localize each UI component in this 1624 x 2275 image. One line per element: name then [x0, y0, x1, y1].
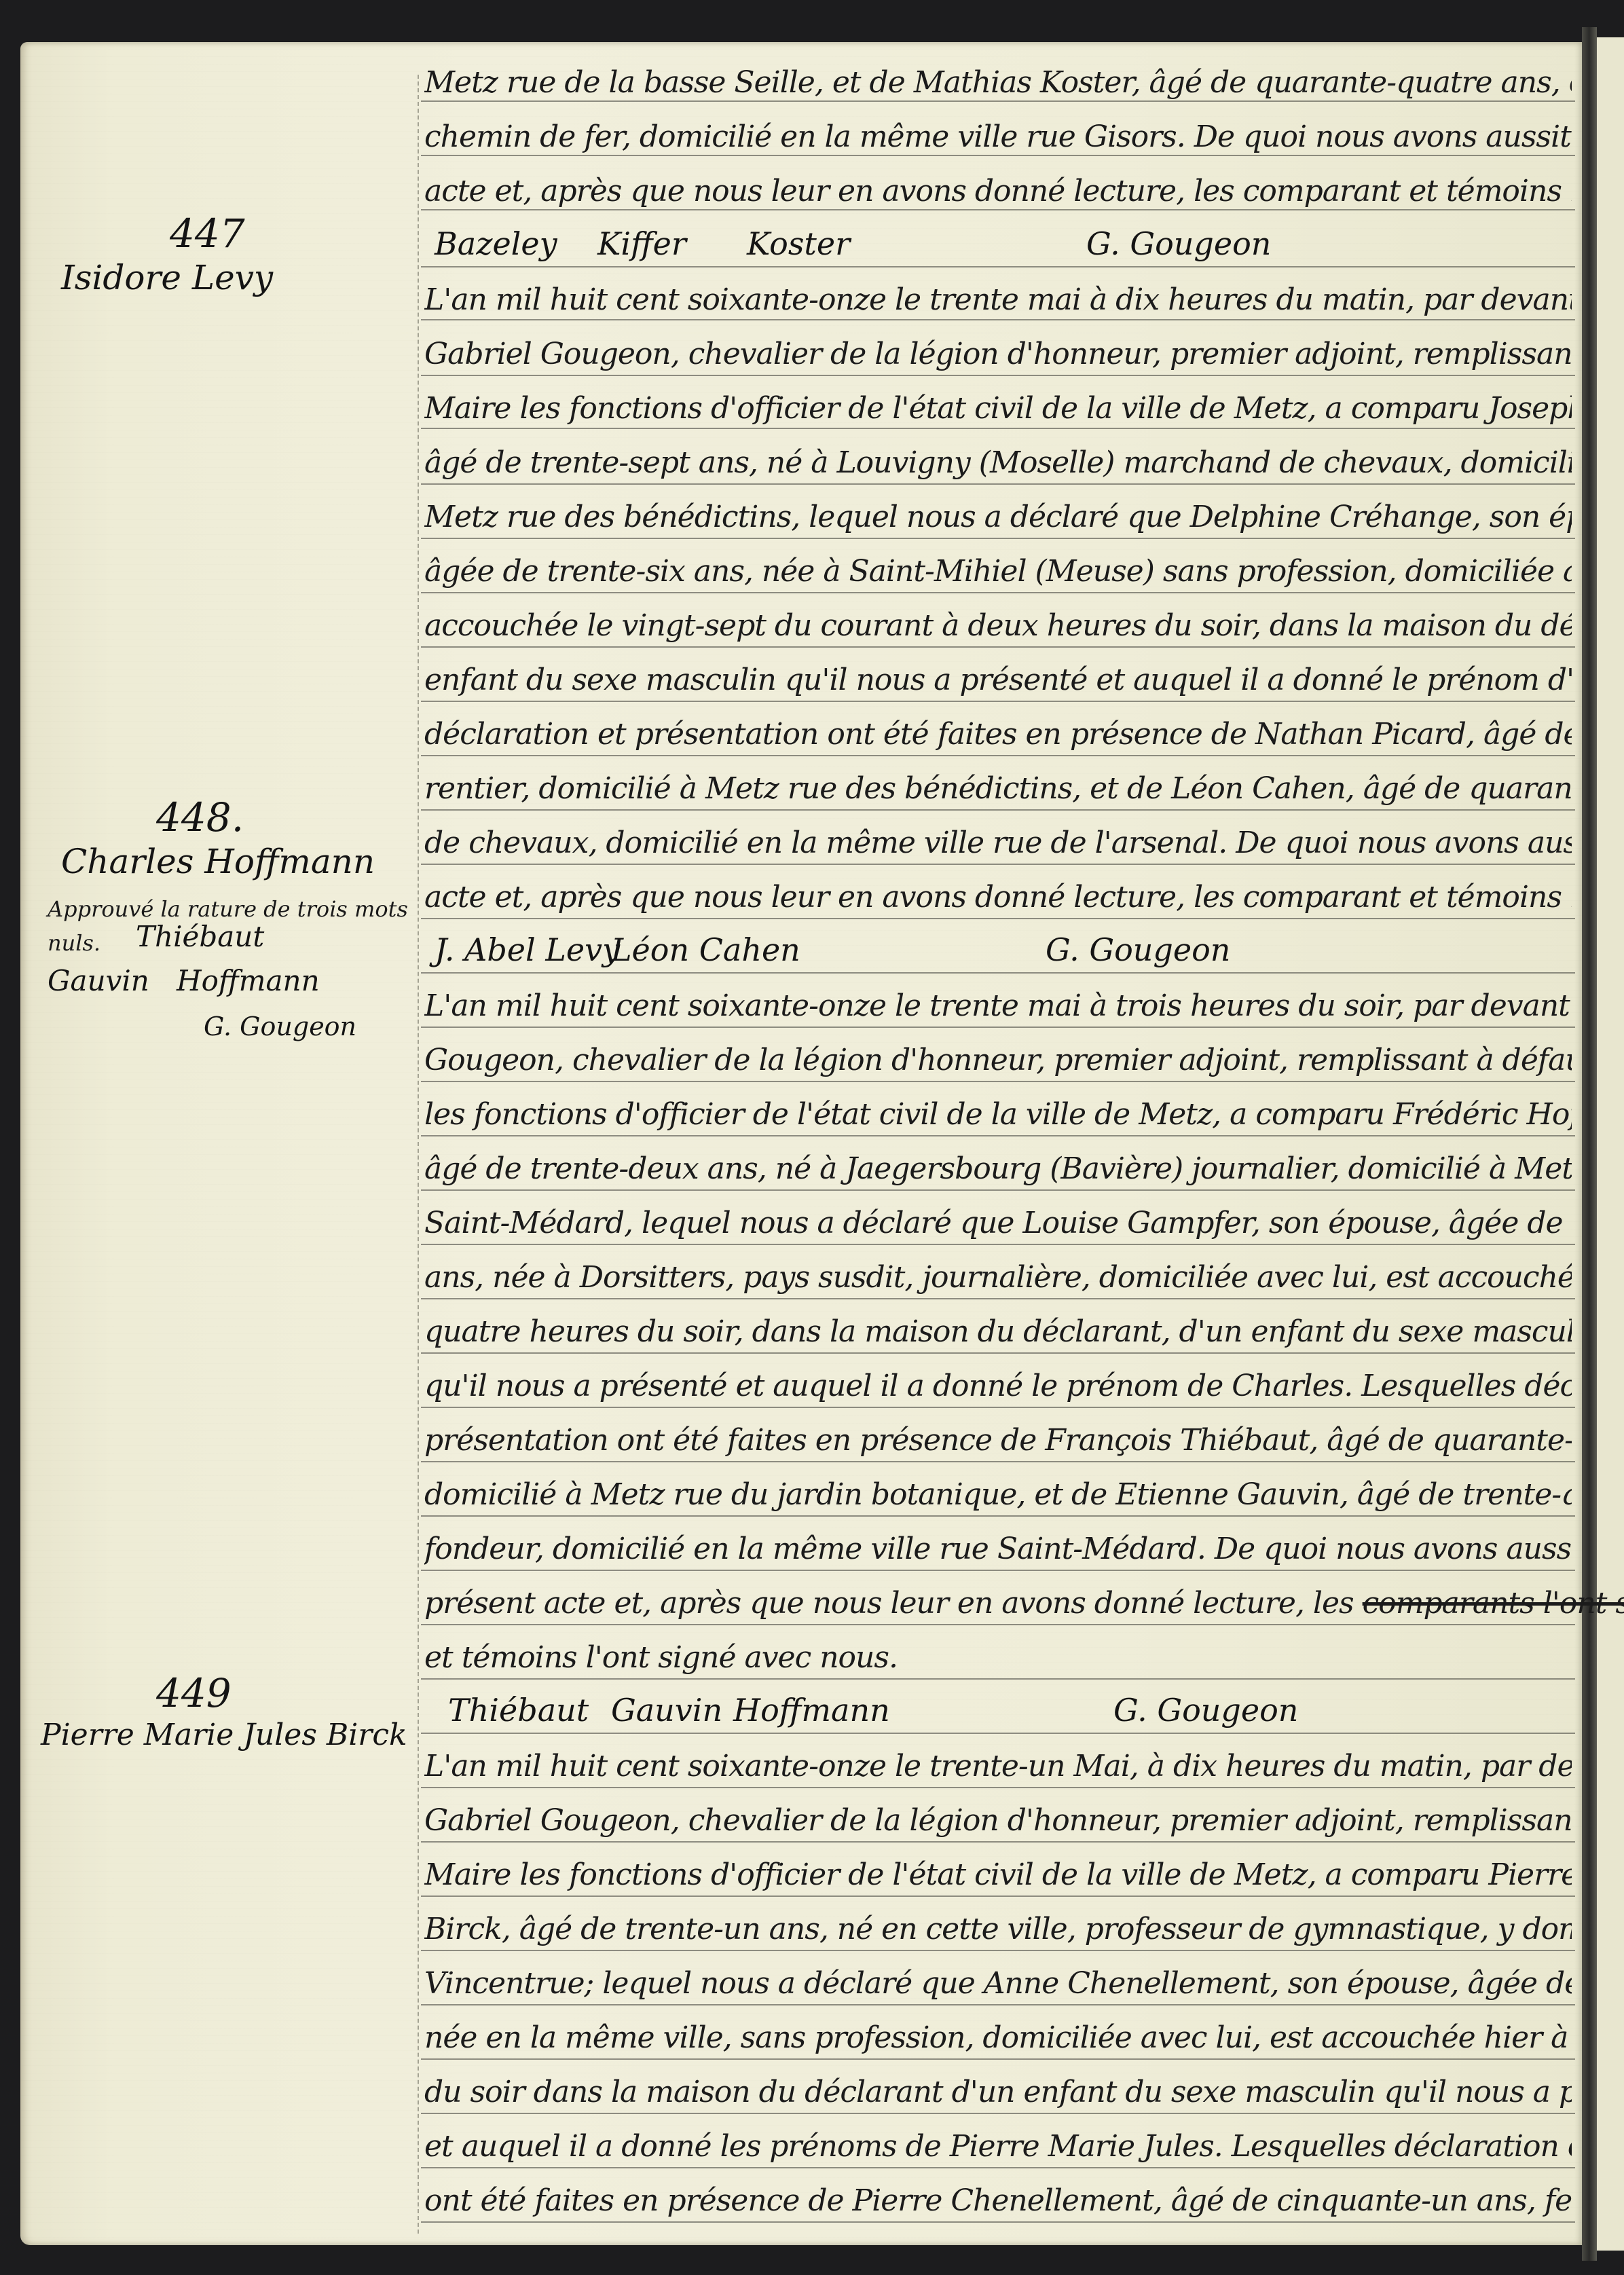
- act-line: Saint-Médard, lequel nous a déclaré que …: [424, 1203, 1572, 1244]
- ruled-line: [421, 646, 1575, 648]
- act-line: domicilié à Metz rue du jardin botanique…: [424, 1475, 1572, 1515]
- act-line: qu'il nous a présenté et auquel il a don…: [424, 1366, 1572, 1407]
- signature: G. Gougeon: [1086, 225, 1271, 262]
- signature: Léon Cahen: [611, 931, 800, 968]
- act-line: ans, née à Dorsitters, pays susdit, jour…: [424, 1257, 1572, 1298]
- act-line: présent acte et, après que nous leur en …: [424, 1583, 1624, 1624]
- ruled-line: [421, 2058, 1575, 2060]
- act-line: Birck, âgé de trente-un ans, né en cette…: [424, 1909, 1572, 1950]
- act-line: Maire les fonctions d'officier de l'état…: [424, 388, 1572, 429]
- margin-signature: Gauvin: [48, 964, 149, 997]
- margin-child-name: Pierre Marie Jules Birck: [41, 1718, 407, 1752]
- ruled-line: [421, 1570, 1575, 1571]
- act-line: Gabriel Gougeon, chevalier de la légion …: [424, 334, 1572, 375]
- margin-child-name: Charles Hoffmann: [61, 842, 375, 881]
- margin-signature: Thiébaut: [136, 920, 264, 953]
- entry-number: 447: [170, 210, 245, 257]
- ruled-line: [421, 1407, 1575, 1408]
- ruled-line: [421, 1135, 1575, 1136]
- ruled-line: [421, 864, 1575, 865]
- ruled-line: [421, 2221, 1575, 2223]
- act-line: présentation ont été faites en présence …: [424, 1420, 1572, 1461]
- act-line: Gougeon, chevalier de la légion d'honneu…: [424, 1040, 1572, 1081]
- ruled-line: [421, 755, 1575, 756]
- ruled-line: [421, 1733, 1575, 1734]
- ruled-line: [421, 1244, 1575, 1245]
- act-line: quatre heures du soir, dans la maison du…: [424, 1312, 1572, 1352]
- act-line-text: présent acte et, après que nous leur en …: [424, 1586, 1354, 1621]
- margin-approval-note: Approuvé la rature de trois mots: [48, 896, 408, 922]
- act-line: les fonctions d'officier de l'état civil…: [424, 1094, 1572, 1135]
- ruled-line: [421, 1895, 1575, 1897]
- signature: Hoffmann: [733, 1692, 890, 1728]
- ruled-line: [421, 2004, 1575, 2005]
- act-line: L'an mil huit cent soixante-onze le tren…: [424, 986, 1572, 1026]
- act-line: accouchée le vingt-sept du courant à deu…: [424, 606, 1572, 646]
- ruled-line: [421, 1515, 1575, 1517]
- carryover-line: Metz rue de la basse Seille, et de Mathi…: [424, 62, 1572, 103]
- ruled-line: [421, 266, 1575, 267]
- ruled-line: [421, 592, 1575, 593]
- act-line: L'an mil huit cent soixante-onze le tren…: [424, 280, 1572, 320]
- signature: J. Abel Levy: [435, 931, 620, 968]
- ruled-line: [421, 1678, 1575, 1680]
- act-line: âgé de trente-sept ans, né à Louvigny (M…: [424, 443, 1572, 483]
- act-line: L'an mil huit cent soixante-onze le tren…: [424, 1746, 1572, 1787]
- signature: Thiébaut: [448, 1692, 589, 1728]
- act-line: acte et, après que nous leur en avons do…: [424, 877, 1572, 918]
- ruled-line: [421, 1352, 1575, 1354]
- entry-number: 448.: [156, 794, 244, 840]
- ruled-line: [421, 1189, 1575, 1191]
- signature: G. Gougeon: [1113, 1692, 1298, 1728]
- signature: Gauvin: [611, 1692, 722, 1728]
- ruled-line: [421, 701, 1575, 702]
- ruled-line: [421, 1026, 1575, 1028]
- ruled-line: [421, 1787, 1575, 1788]
- ruled-line: [421, 1298, 1575, 1299]
- entry-number: 449: [156, 1670, 232, 1716]
- carryover-line: acte et, après que nous leur en avons do…: [424, 171, 1572, 212]
- ruled-line: [421, 483, 1575, 485]
- margin-signature: Hoffmann: [177, 964, 320, 997]
- ruled-line: [421, 809, 1575, 811]
- act-line: et auquel il a donné les prénoms de Pier…: [424, 2126, 1572, 2167]
- act-line: Vincentrue; lequel nous a déclaré que An…: [424, 1963, 1572, 2004]
- book-gutter: [1582, 27, 1597, 2261]
- ruled-line: [421, 1081, 1575, 1082]
- act-line: et témoins l'ont signé avec nous.: [424, 1638, 1572, 1678]
- carryover-line: chemin de fer, domicilié en la même vill…: [424, 117, 1572, 158]
- act-line: déclaration et présentation ont été fait…: [424, 714, 1572, 755]
- act-line: Gabriel Gougeon, chevalier de la légion …: [424, 1800, 1572, 1841]
- ruled-line: [421, 1624, 1575, 1625]
- act-line: âgé de trente-deux ans, né à Jaegersbour…: [424, 1149, 1572, 1189]
- act-line: née en la même ville, sans profession, d…: [424, 2018, 1572, 2058]
- signature: G. Gougeon: [1046, 931, 1230, 968]
- margin-approval-note: nuls.: [48, 930, 100, 956]
- signature: Koster: [747, 225, 850, 262]
- struck-words: comparants l'ont signé: [1363, 1586, 1624, 1621]
- act-line: fondeur, domicilié en la même ville rue …: [424, 1529, 1572, 1570]
- ruled-line: [421, 2167, 1575, 2168]
- margin-rule: [418, 75, 419, 2234]
- act-line: enfant du sexe masculin qu'il nous a pré…: [424, 660, 1572, 701]
- ruled-line: [421, 2113, 1575, 2114]
- act-line: du soir dans la maison du déclarant d'un…: [424, 2072, 1572, 2113]
- act-line: ont été faites en présence de Pierre Che…: [424, 2181, 1572, 2221]
- act-line: âgée de trente-six ans, née à Saint-Mihi…: [424, 551, 1572, 592]
- act-line: Maire les fonctions d'officier de l'état…: [424, 1855, 1572, 1895]
- ruled-line: [421, 1461, 1575, 1462]
- ruled-line: [421, 972, 1575, 974]
- facing-page-edge: [1597, 37, 1624, 2251]
- margin-child-name: Isidore Levy: [61, 258, 273, 297]
- signature: Bazeley: [435, 225, 557, 262]
- ruled-line: [421, 538, 1575, 539]
- ruled-line: [421, 1950, 1575, 1951]
- act-line: Metz rue des bénédictins, lequel nous a …: [424, 497, 1572, 538]
- act-line: de chevaux, domicilié en la même ville r…: [424, 823, 1572, 864]
- margin-signature: G. Gougeon: [204, 1012, 356, 1041]
- ruled-line: [421, 375, 1575, 376]
- act-line: rentier, domicilié à Metz rue des bénédi…: [424, 769, 1572, 809]
- signature: Kiffer: [597, 225, 686, 262]
- ruled-line: [421, 918, 1575, 919]
- ruled-line: [421, 1841, 1575, 1843]
